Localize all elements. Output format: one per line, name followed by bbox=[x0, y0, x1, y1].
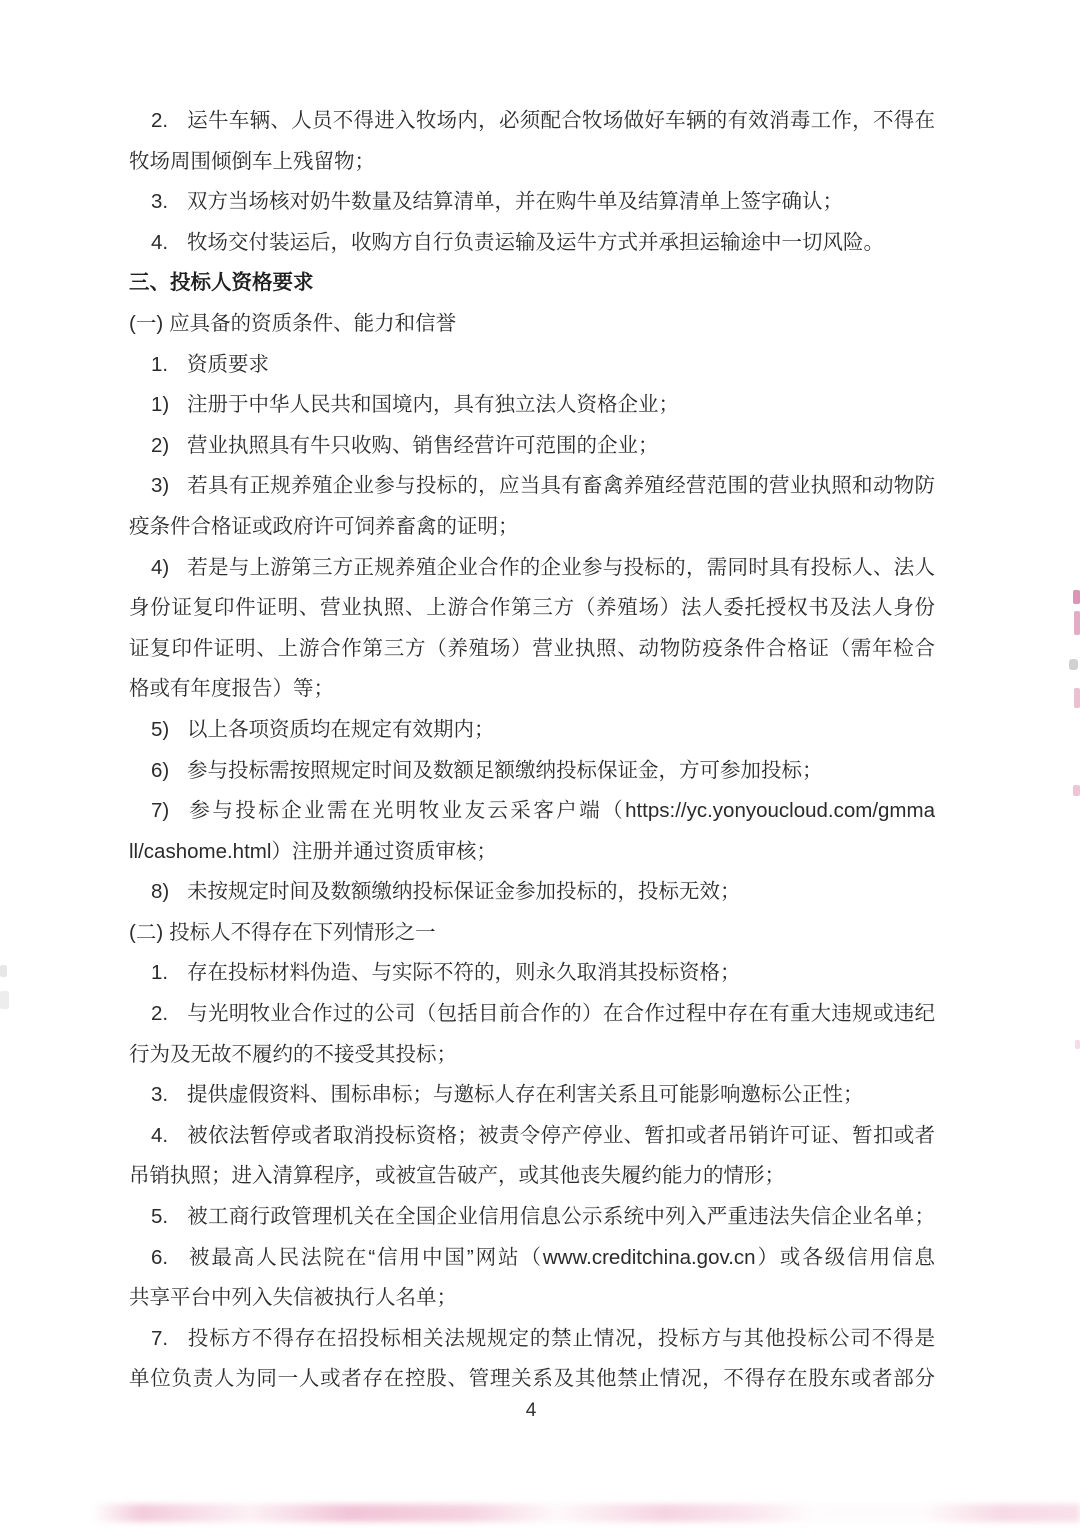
text-line: 格或有年度报告）等； bbox=[129, 669, 935, 710]
line-text: 身份证复印件证明、营业执照、上游合作第三方（养殖场）法人委托授权书及法人身份 bbox=[129, 596, 935, 619]
scan-artifact-left-2 bbox=[0, 991, 9, 1009]
text-line: 6)参与投标需按照规定时间及数额足额缴纳投标保证金，方可参加投标； bbox=[129, 751, 935, 792]
text-line: 3.提供虚假资料、围标串标；与邀标人存在利害关系且可能影响邀标公正性； bbox=[129, 1075, 935, 1116]
line-text: 注册于中华人民共和国境内，具有独立法人资格企业； bbox=[187, 393, 679, 416]
line-text: 双方当场核对奶牛数量及结算清单，并在购牛单及结算清单上签字确认； bbox=[187, 190, 843, 213]
text-line: 3.双方当场核对奶牛数量及结算清单，并在购牛单及结算清单上签字确认； bbox=[129, 182, 935, 223]
text-line: 2.与光明牧业合作过的公司（包括目前合作的）在合作过程中存在有重大违规或违纪 bbox=[129, 994, 935, 1035]
text-line: 吊销执照；进入清算程序，或被宣告破产，或其他丧失履约能力的情形； bbox=[129, 1156, 935, 1197]
line-number: (二) bbox=[129, 921, 163, 944]
line-number: 3) bbox=[151, 466, 187, 507]
line-number: 6. bbox=[151, 1238, 187, 1279]
text-line: ll/cashome.html）注册并通过资质审核； bbox=[129, 832, 935, 873]
text-line: 7.投标方不得存在招投标相关法规规定的禁止情况，投标方与其他投标公司不得是 bbox=[129, 1319, 935, 1360]
line-text: 运牛车辆、人员不得进入牧场内，必须配合牧场做好车辆的有效消毒工作，不得在 bbox=[187, 109, 935, 132]
line-text: 应具备的资质条件、能力和信誉 bbox=[169, 312, 456, 335]
line-text: 吊销执照；进入清算程序，或被宣告破产，或其他丧失履约能力的情形； bbox=[129, 1164, 785, 1187]
text-line: 2)营业执照具有牛只收购、销售经营许可范围的企业； bbox=[129, 426, 935, 467]
line-text: 共享平台中列入失信被执行人名单； bbox=[129, 1286, 457, 1309]
line-text: 行为及无故不履约的不接受其投标； bbox=[129, 1043, 457, 1066]
line-text: 存在投标材料伪造、与实际不符的，则永久取消其投标资格； bbox=[187, 961, 741, 984]
text-line: 3)若具有正规养殖企业参与投标的，应当具有畜禽养殖经营范围的营业执照和动物防 bbox=[129, 466, 935, 507]
scan-artifact-left-1 bbox=[0, 965, 7, 977]
line-number: 6) bbox=[151, 751, 187, 792]
line-text: 提供虚假资料、围标串标；与邀标人存在利害关系且可能影响邀标公正性； bbox=[187, 1083, 864, 1106]
line-number: 2. bbox=[151, 994, 187, 1035]
line-number: 3. bbox=[151, 182, 187, 223]
text-line: 4.被依法暂停或者取消投标资格；被责令停产停业、暂扣或者吊销许可证、暂扣或者 bbox=[129, 1116, 935, 1157]
text-line: 1)注册于中华人民共和国境内，具有独立法人资格企业； bbox=[129, 385, 935, 426]
line-number: 4) bbox=[151, 548, 187, 589]
line-number: 8) bbox=[151, 872, 187, 913]
text-line: 身份证复印件证明、营业执照、上游合作第三方（养殖场）法人委托授权书及法人身份 bbox=[129, 588, 935, 629]
line-number: 三、 bbox=[129, 271, 170, 294]
scan-artifact-right-6 bbox=[1075, 1040, 1080, 1049]
line-text: 未按规定时间及数额缴纳投标保证金参加投标的，投标无效； bbox=[187, 880, 741, 903]
line-text: 若是与上游第三方正规养殖企业合作的企业参与投标的，需同时具有投标人、法人 bbox=[187, 556, 935, 579]
line-text: 被最高人民法院在“信用中国”网站（www.creditchina.gov.cn）… bbox=[187, 1246, 935, 1269]
text-line: 1.存在投标材料伪造、与实际不符的，则永久取消其投标资格； bbox=[129, 953, 935, 994]
text-line: 单位负责人为同一人或者存在控股、管理关系及其他禁止情况，不得存在股东或者部分 bbox=[129, 1359, 935, 1400]
text-line: (二)投标人不得存在下列情形之一 bbox=[129, 913, 935, 954]
line-text: 格或有年度报告）等； bbox=[129, 677, 334, 700]
line-text: 营业执照具有牛只收购、销售经营许可范围的企业； bbox=[187, 434, 659, 457]
text-line: (一)应具备的资质条件、能力和信誉 bbox=[129, 304, 935, 345]
line-number: 5) bbox=[151, 710, 187, 751]
line-number: 2) bbox=[151, 426, 187, 467]
line-text: 与光明牧业合作过的公司（包括目前合作的）在合作过程中存在有重大违规或违纪 bbox=[187, 1002, 935, 1025]
line-text: 若具有正规养殖企业参与投标的，应当具有畜禽养殖经营范围的营业执照和动物防 bbox=[187, 474, 935, 497]
line-text: 参与投标需按照规定时间及数额足额缴纳投标保证金，方可参加投标； bbox=[187, 759, 823, 782]
text-line: 7)参与投标企业需在光明牧业友云采客户端（https://yc.yonyoucl… bbox=[129, 791, 935, 832]
line-text: 证复印件证明、上游合作第三方（养殖场）营业执照、动物防疫条件合格证（需年检合 bbox=[129, 637, 935, 660]
line-number: 7) bbox=[151, 791, 187, 832]
text-line: 疫条件合格证或政府许可饲养畜禽的证明； bbox=[129, 507, 935, 548]
line-number: 2. bbox=[151, 101, 187, 142]
line-text: 单位负责人为同一人或者存在控股、管理关系及其他禁止情况，不得存在股东或者部分 bbox=[129, 1367, 935, 1390]
text-line: 6.被最高人民法院在“信用中国”网站（www.creditchina.gov.c… bbox=[129, 1238, 935, 1279]
line-number: 1. bbox=[151, 345, 187, 386]
line-text: 牧场周围倾倒车上残留物； bbox=[129, 150, 375, 173]
scanned-document-page: 2.运牛车辆、人员不得进入牧场内，必须配合牧场做好车辆的有效消毒工作，不得在牧场… bbox=[0, 0, 1080, 1528]
line-text: 被工商行政管理机关在全国企业信用信息公示系统中列入严重违法失信企业名单； bbox=[187, 1205, 935, 1228]
line-text: 以上各项资质均在规定有效期内； bbox=[187, 718, 495, 741]
line-text: ll/cashome.html）注册并通过资质审核； bbox=[129, 840, 497, 863]
line-text: 投标方不得存在招投标相关法规规定的禁止情况，投标方与其他投标公司不得是 bbox=[187, 1327, 935, 1350]
text-line: 8)未按规定时间及数额缴纳投标保证金参加投标的，投标无效； bbox=[129, 872, 935, 913]
line-text: 疫条件合格证或政府许可饲养畜禽的证明； bbox=[129, 515, 519, 538]
scan-artifact-right-5 bbox=[1073, 785, 1080, 796]
line-number: 5. bbox=[151, 1197, 187, 1238]
text-line: 1.资质要求 bbox=[129, 345, 935, 386]
line-number: (一) bbox=[129, 312, 163, 335]
next-page-pink-bleed bbox=[92, 1504, 1080, 1522]
text-line: 5)以上各项资质均在规定有效期内； bbox=[129, 710, 935, 751]
text-line: 4.牧场交付装运后，收购方自行负责运输及运牛方式并承担运输途中一切风险。 bbox=[129, 223, 935, 264]
document-body: 2.运牛车辆、人员不得进入牧场内，必须配合牧场做好车辆的有效消毒工作，不得在牧场… bbox=[129, 101, 935, 1400]
scan-artifact-right-3 bbox=[1069, 659, 1078, 670]
line-number: 3. bbox=[151, 1075, 187, 1116]
text-line: 共享平台中列入失信被执行人名单； bbox=[129, 1278, 935, 1319]
line-number: 1. bbox=[151, 953, 187, 994]
line-text: 投标人不得存在下列情形之一 bbox=[169, 921, 436, 944]
text-line: 证复印件证明、上游合作第三方（养殖场）营业执照、动物防疫条件合格证（需年检合 bbox=[129, 629, 935, 670]
line-number: 4. bbox=[151, 1116, 187, 1157]
line-number: 7. bbox=[151, 1319, 187, 1360]
text-line: 牧场周围倾倒车上残留物； bbox=[129, 142, 935, 183]
line-text: 资质要求 bbox=[187, 353, 269, 376]
scan-artifact-right-1 bbox=[1073, 590, 1080, 604]
line-number: 4. bbox=[151, 223, 187, 264]
text-line: 5.被工商行政管理机关在全国企业信用信息公示系统中列入严重违法失信企业名单； bbox=[129, 1197, 935, 1238]
line-number: 1) bbox=[151, 385, 187, 426]
line-text: 投标人资格要求 bbox=[170, 271, 314, 294]
text-line: 三、投标人资格要求 bbox=[129, 263, 935, 304]
text-line: 4)若是与上游第三方正规养殖企业合作的企业参与投标的，需同时具有投标人、法人 bbox=[129, 548, 935, 589]
line-text: 牧场交付装运后，收购方自行负责运输及运牛方式并承担运输途中一切风险。 bbox=[187, 231, 884, 254]
page-number: 4 bbox=[0, 1400, 1062, 1422]
line-text: 被依法暂停或者取消投标资格；被责令停产停业、暂扣或者吊销许可证、暂扣或者 bbox=[187, 1124, 935, 1147]
text-line: 行为及无故不履约的不接受其投标； bbox=[129, 1035, 935, 1076]
scan-artifact-right-4 bbox=[1074, 688, 1080, 708]
line-text: 参与投标企业需在光明牧业友云采客户端（https://yc.yonyouclou… bbox=[187, 799, 935, 822]
scan-artifact-right-2 bbox=[1074, 611, 1080, 635]
text-line: 2.运牛车辆、人员不得进入牧场内，必须配合牧场做好车辆的有效消毒工作，不得在 bbox=[129, 101, 935, 142]
